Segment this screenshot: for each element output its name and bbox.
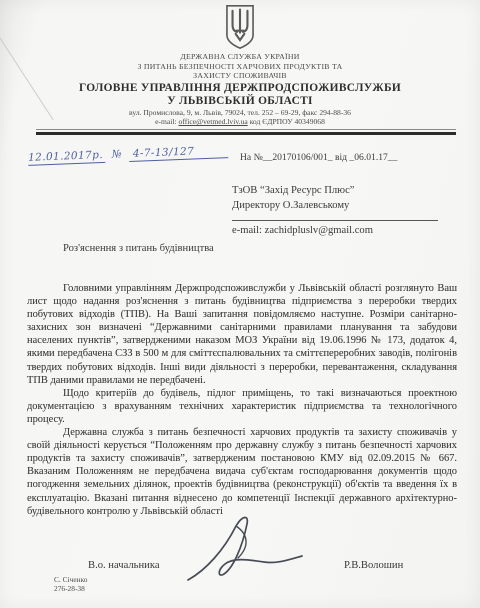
recipient-rule	[232, 220, 438, 221]
org-line: З ПИТАНЬ БЕЗПЕЧНОСТІ ХАРЧОВИХ ПРОДУКТІВ …	[0, 62, 480, 72]
edrpou-code: код ЄДРПОУ 40349068	[250, 117, 325, 126]
department-line: ГОЛОВНЕ УПРАВЛІННЯ ДЕРЖПРОДСПОЖИВСЛУЖБИ	[0, 82, 480, 95]
body-paragraph-1: Головними управлінням Держпродспоживслуж…	[27, 282, 457, 387]
header-rule-thin	[36, 129, 456, 130]
recipient-block: ТзОВ “Захід Ресурс Плюс” Директору О.Зал…	[232, 183, 444, 238]
recipient-email: e-mail: zachidpluslv@gmail.com	[232, 223, 444, 238]
org-line: ЗАХИСТУ СПОЖИВАЧІВ	[0, 71, 480, 81]
recipient-company: ТзОВ “Захід Ресурс Плюс”	[232, 183, 444, 198]
department-line: У ЛЬВІВСЬКІЙ ОБЛАСТІ	[0, 95, 480, 108]
handwritten-number: 4-7-13/127	[129, 144, 229, 162]
contact-block: вул. Промислова, 9, м. Львів, 79024, тел…	[0, 108, 480, 127]
printed-incoming-ref: На №__20170106/001_ від _06.01.17__	[240, 152, 397, 163]
address-line: вул. Промислова, 9, м. Львів, 79024, тел…	[0, 108, 480, 117]
org-name-block: ДЕРЖАВНА СЛУЖБА УКРАЇНИ З ПИТАНЬ БЕЗПЕЧН…	[0, 52, 480, 81]
handwritten-date: 12.01.2017р.	[28, 149, 105, 166]
subject-line: Роз'яснення з питань будівництва	[63, 243, 214, 254]
signer-name: Р.В.Волошин	[344, 560, 403, 571]
body-paragraph-3: Державна служба з питань безпечності хар…	[27, 426, 457, 518]
tryzub-emblem-icon	[221, 4, 259, 50]
org-line: ДЕРЖАВНА СЛУЖБА УКРАЇНИ	[0, 52, 480, 62]
signer-title: В.о. начальника	[88, 560, 160, 571]
handwritten-no-sign: №	[112, 148, 123, 160]
letter-body: Головними управлінням Держпродспоживслуж…	[27, 282, 457, 518]
handwritten-outgoing-ref: 12.01.2017р. № 4-7-13/127	[28, 144, 229, 164]
scanned-letter-page: ДЕРЖАВНА СЛУЖБА УКРАЇНИ З ПИТАНЬ БЕЗПЕЧН…	[0, 0, 480, 608]
department-name-block: ГОЛОВНЕ УПРАВЛІННЯ ДЕРЖПРОДСПОЖИВСЛУЖБИ …	[0, 82, 480, 108]
executor-block: С. Січенко 276-28-38	[54, 575, 87, 593]
executor-phone: 276-28-38	[54, 584, 87, 593]
email-label: e-mail:	[155, 117, 177, 126]
header-rule-thick	[36, 132, 456, 135]
reference-row: 12.01.2017р. № 4-7-13/127 На №__20170106…	[0, 146, 480, 172]
recipient-person: Директору О.Залевському	[232, 198, 444, 213]
body-paragraph-2: Щодо критеріїв до будівель, підлог примі…	[27, 387, 457, 426]
executor-name: С. Січенко	[54, 575, 87, 584]
signature-stroke	[176, 512, 326, 590]
email-line: e-mail: office@vetmed.lviv.ua код ЄДРПОУ…	[0, 117, 480, 126]
email-value: office@vetmed.lviv.ua	[179, 117, 248, 126]
